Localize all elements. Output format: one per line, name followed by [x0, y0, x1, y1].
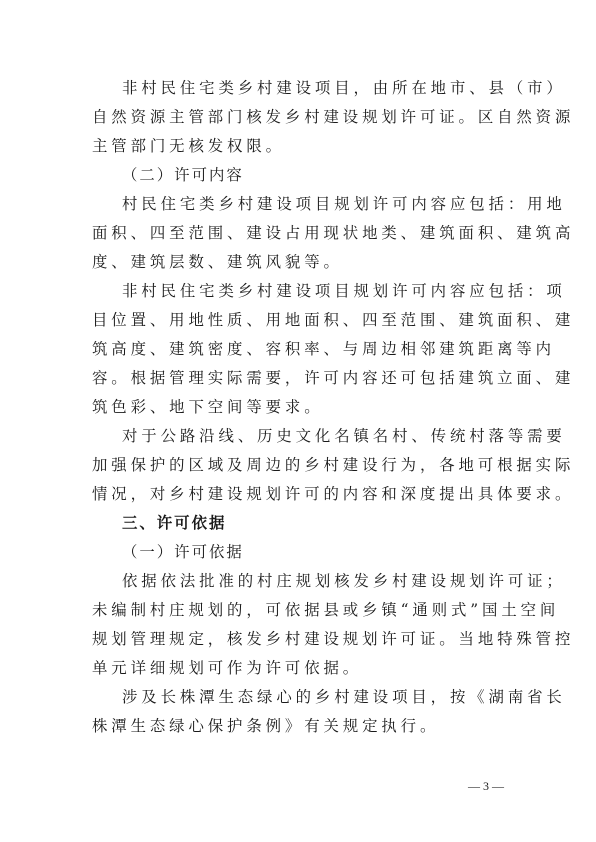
section-subheading: （二）许可内容: [122, 161, 508, 190]
paragraph-line: 度、建筑层数、建筑风貌等。: [92, 248, 508, 277]
section-heading: 三、许可依据: [122, 509, 508, 538]
paragraph-line: 面积、四至范围、建设占用现状地类、建筑面积、建筑高: [92, 219, 508, 248]
paragraph-line: 目位置、用地性质、用地面积、四至范围、建筑面积、建: [92, 306, 508, 335]
paragraph-line: 对于公路沿线、历史文化名镇名村、传统村落等需要: [122, 422, 508, 451]
paragraph-line: 株潭生态绿心保护条例》有关规定执行。: [92, 712, 508, 741]
paragraph-line: 规划管理规定，核发乡村建设规划许可证。当地特殊管控: [92, 625, 508, 654]
section-subheading: （一）许可依据: [122, 538, 508, 567]
paragraph-line: 单元详细规划可作为许可依据。: [92, 654, 508, 683]
page-number: — 3 —: [468, 779, 504, 794]
paragraph-line: 情况，对乡村建设规划许可的内容和深度提出具体要求。: [92, 480, 508, 509]
document-page: 非村民住宅类乡村建设项目，由所在地市、县（市） 自然资源主管部门核发乡村建设规划…: [0, 0, 596, 842]
paragraph-line: 依据依法批准的村庄规划核发乡村建设规划许可证；: [122, 567, 508, 596]
paragraph-line: 未编制村庄规划的，可依据县或乡镇“通则式”国土空间: [92, 596, 508, 625]
paragraph-line: 主管部门无核发权限。: [92, 132, 508, 161]
paragraph-line: 加强保护的区域及周边的乡村建设行为，各地可根据实际: [92, 451, 508, 480]
paragraph-line: 涉及长株潭生态绿心的乡村建设项目，按《湖南省长: [122, 683, 508, 712]
paragraph-line: 筑色彩、地下空间等要求。: [92, 393, 508, 422]
paragraph-line: 非村民住宅类乡村建设项目规划许可内容应包括：项: [122, 277, 508, 306]
paragraph-line: 非村民住宅类乡村建设项目，由所在地市、县（市）: [122, 74, 508, 103]
paragraph-line: 容。根据管理实际需要，许可内容还可包括建筑立面、建: [92, 364, 508, 393]
paragraph-line: 自然资源主管部门核发乡村建设规划许可证。区自然资源: [92, 103, 508, 132]
paragraph-line: 筑高度、建筑密度、容积率、与周边相邻建筑距离等内: [92, 335, 508, 364]
paragraph-line: 村民住宅类乡村建设项目规划许可内容应包括：用地: [122, 190, 508, 219]
